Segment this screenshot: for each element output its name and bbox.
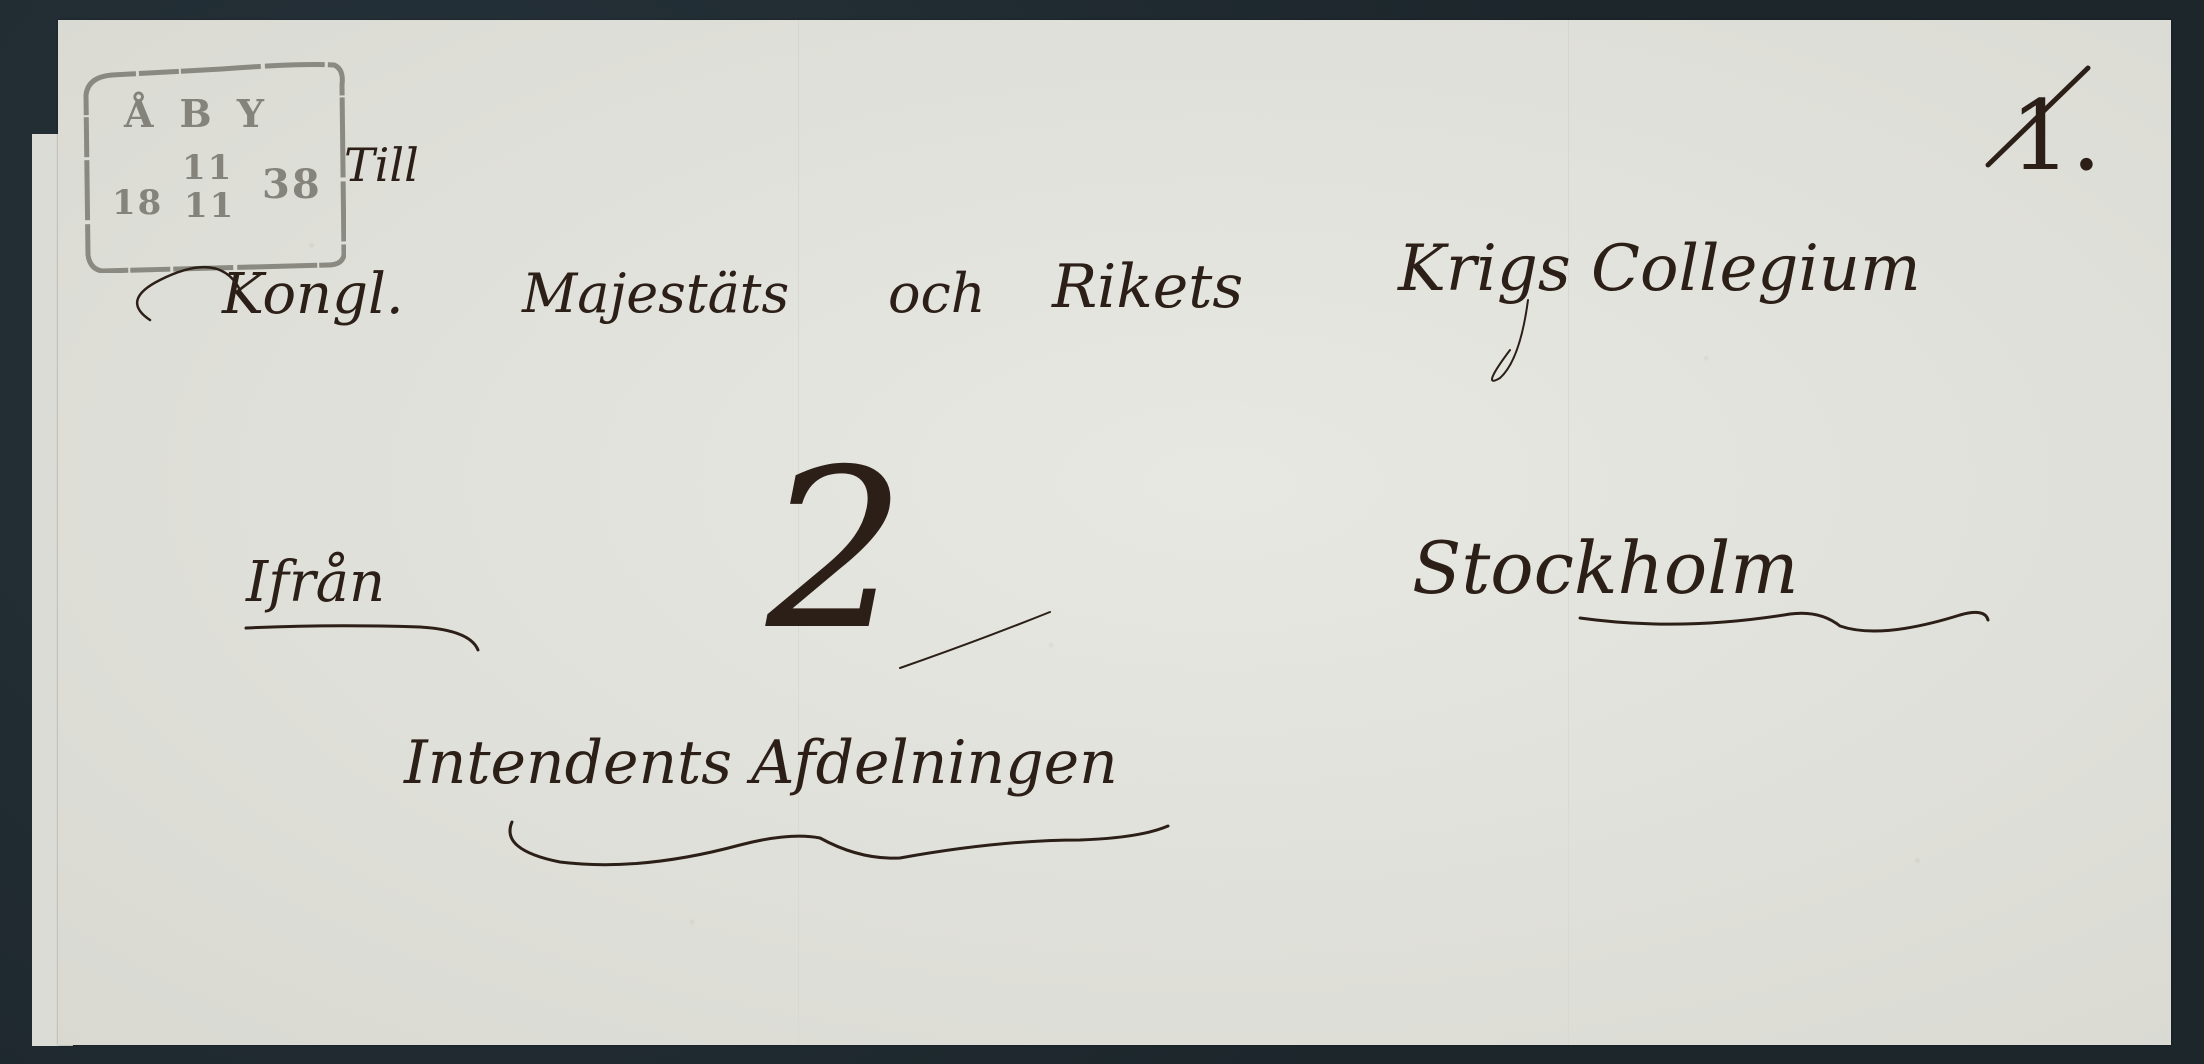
sender-note-ifran: Ifrån (246, 550, 385, 615)
postmark-town: ÅBY (124, 91, 290, 136)
postmark-stamp: ÅBY 11 11 18 38 (72, 55, 346, 273)
postage-rate-numeral: 2 (766, 440, 906, 660)
docket-number: 1. (2010, 80, 2102, 192)
address-kongl: Kongl. (222, 262, 404, 327)
postmark-month: 11 (184, 189, 235, 223)
address-rikets: Rikets (1052, 252, 1243, 322)
postmark-year-century: 18 (112, 183, 163, 223)
postmark-day: 11 (182, 151, 233, 185)
address-krigs-collegium: Krigs Collegium (1398, 232, 1921, 306)
address-och: och (888, 262, 986, 325)
address-city: Stockholm (1412, 526, 1799, 610)
postmark-year-decade: 38 (262, 165, 322, 205)
address-department: Intendents Afdelningen (404, 728, 1118, 798)
address-majestats: Majestäts (522, 262, 789, 325)
salutation-till: Till (344, 138, 419, 192)
